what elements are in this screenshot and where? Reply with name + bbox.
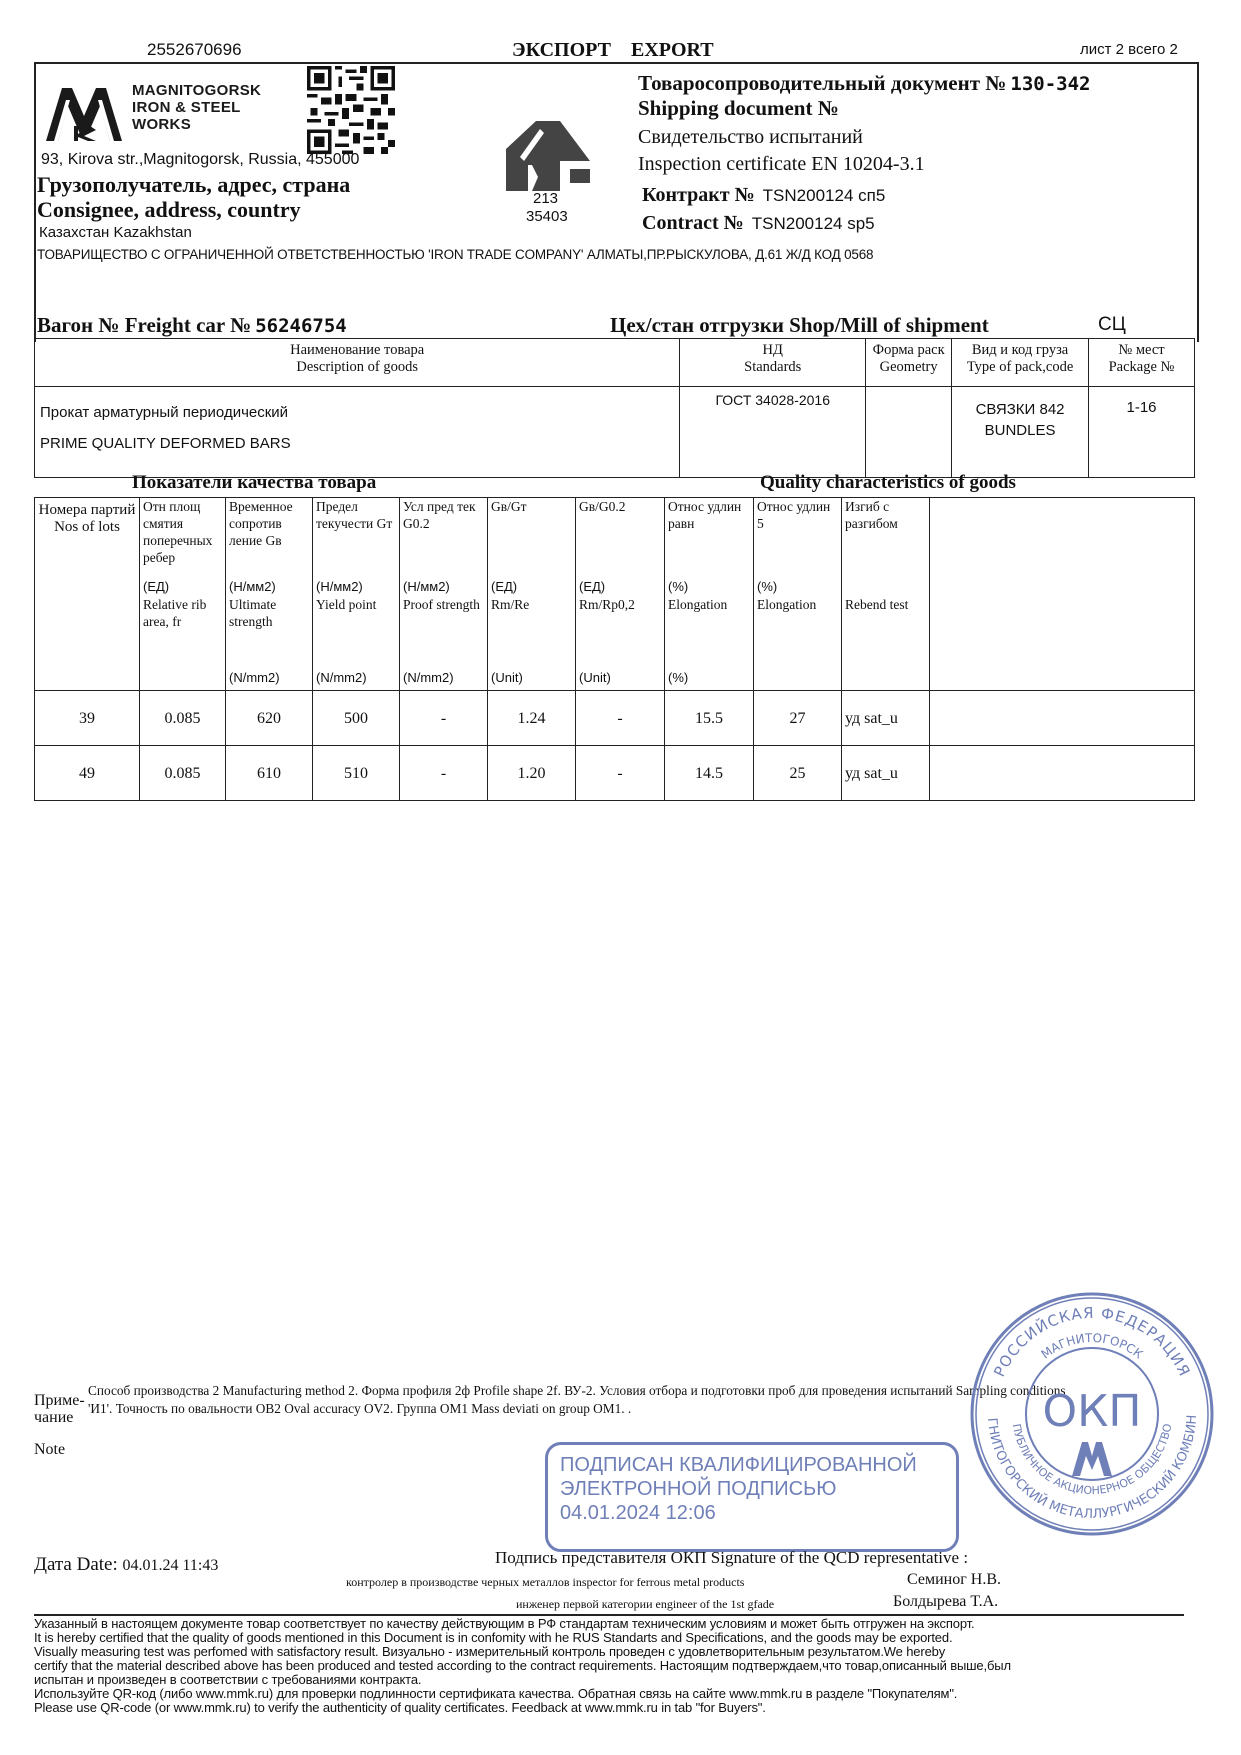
- quality-cell: 620: [226, 691, 313, 746]
- export-title: ЭКСПОРТEXPORT: [512, 39, 734, 62]
- esignature-date: 04.01.2024 12:06: [560, 1501, 944, 1525]
- inspection-certificate-en: Inspection certificate EN 10204-3.1: [638, 153, 925, 176]
- quality-header-col: Gв/Gт(ЕД)Rm/Re(Unit): [488, 498, 576, 691]
- okp-seal-icon: РОССИЙСКАЯ ФЕДЕРАЦИЯ МАГНИТОГОРСК МАГНИТ…: [968, 1290, 1216, 1538]
- goods-pack-ru: СВЯЗКИ 842: [952, 387, 1088, 418]
- document-id: 2552670696: [147, 40, 242, 60]
- shipping-document-en: Shipping document №: [638, 96, 839, 121]
- export-title-ru: ЭКСПОРТ: [512, 39, 611, 61]
- esignature-stamp: ПОДПИСАН КВАЛИФИЦИРОВАННОЙ ЭЛЕКТРОННОЙ П…: [545, 1442, 959, 1552]
- quality-header-col: Относ удлин 5(%)Elongation: [754, 498, 842, 691]
- goods-description-en: PRIME QUALITY DEFORMED BARS: [35, 421, 679, 452]
- column-label-ru: Отн площ смятия поперечных ребер: [143, 498, 222, 566]
- note-label-en: Note: [34, 1441, 65, 1459]
- esignature-line: ПОДПИСАН КВАЛИФИЦИРОВАННОЙ: [560, 1453, 944, 1477]
- goods-pack: СВЯЗКИ 842 BUNDLES: [952, 387, 1089, 478]
- signer-name-2: Болдырева Т.А.: [893, 1593, 998, 1611]
- column-label-en: Elongation: [757, 596, 839, 613]
- quality-cell: [930, 746, 1195, 801]
- footer-line: Указанный в настоящем документе товар со…: [34, 1617, 1204, 1631]
- table-row: Прокат арматурный периодический PRIME QU…: [35, 387, 1195, 478]
- column-unit-ru: (%): [757, 578, 777, 595]
- column-unit-ru: (Н/мм2): [229, 578, 276, 595]
- quality-cell: 39: [35, 691, 140, 746]
- footer-certification: Указанный в настоящем документе товар со…: [34, 1617, 1204, 1715]
- esignature-line: ЭЛЕКТРОННОЙ ПОДПИСЬЮ: [560, 1477, 944, 1501]
- quality-cell: 0.085: [140, 746, 226, 801]
- column-unit-en: (N/mm2): [403, 669, 454, 686]
- footer-line: Please use QR-code (or www.mmk.ru) to ve…: [34, 1701, 1204, 1715]
- quality-header-col: Предел текучести Gт(Н/мм2)Yield point(N/…: [313, 498, 400, 691]
- column-unit-ru: (ЕД): [491, 578, 517, 595]
- consignee-country: Казахстан Kazakhstan: [39, 224, 192, 241]
- consignee-label-ru: Грузополучатель, адрес, страна: [37, 172, 350, 198]
- export-title-en: EXPORT: [631, 39, 714, 61]
- shipping-document-number: 130-342: [1010, 73, 1090, 95]
- footer-line: Visually measuring test was perfomed wit…: [34, 1645, 1204, 1659]
- quality-header-col: Изгиб с разгибомRebend test: [842, 498, 930, 691]
- quality-header-col: Относ удлин равн(%)Elongation(%): [665, 498, 754, 691]
- quality-cell: 610: [226, 746, 313, 801]
- column-unit-ru: (Н/мм2): [316, 578, 363, 595]
- quality-cell: 25: [754, 746, 842, 801]
- header-pack-type: Вид и код грузаType of pack,code: [952, 339, 1089, 387]
- mill-label: Цех/стан отгрузки Shop/Mill of shipment: [610, 313, 989, 338]
- goods-description-ru: Прокат арматурный периодический: [35, 387, 679, 421]
- quality-cell: 0.085: [140, 691, 226, 746]
- column-label-ru: Изгиб с разгибом: [845, 498, 926, 532]
- header-geometry: Форма раскGeometry: [866, 339, 952, 387]
- footer-line: Используйте QR-код (либо www.mmk.ru) для…: [34, 1687, 1204, 1701]
- mark-code-1: 213: [533, 190, 558, 207]
- date-label: Дата Date:: [34, 1554, 118, 1575]
- signer-role-2: инженер первой категории engineer of the…: [516, 1597, 774, 1612]
- sender-address: 93, Kirova str.,Magnitogorsk, Russia, 45…: [41, 151, 359, 169]
- consignee-label-en: Consignee, address, country: [37, 197, 301, 223]
- quality-cell: 49: [35, 746, 140, 801]
- quality-header-col: Временное сопротив ление Gв(Н/мм2)Ultima…: [226, 498, 313, 691]
- freight-car-label: Вагон № Freight car №: [37, 313, 251, 337]
- quality-cell: -: [400, 691, 488, 746]
- column-label-ru: Относ удлин равн: [668, 498, 750, 532]
- shipping-document-ru: Товаросопроводительный документ №130-342: [638, 71, 1090, 96]
- quality-title-en: Quality characteristics of goods: [760, 472, 1016, 494]
- header-standards: НДStandards: [680, 339, 866, 387]
- header-description: Наименование товараDescription of goods: [35, 339, 680, 387]
- column-label-en: Ultimate strength: [229, 596, 310, 630]
- svg-text:ОКП: ОКП: [1043, 1386, 1142, 1437]
- mc-mark-icon: [506, 121, 590, 191]
- goods-table-header: Наименование товараDescription of goods …: [35, 339, 1195, 387]
- column-label-ru: Усл пред тек G0.2: [403, 498, 484, 532]
- column-label-en: Relative rib area, fr: [143, 596, 223, 630]
- goods-standard: ГОСТ 34028-2016: [680, 387, 866, 478]
- column-unit-en: (Unit): [579, 669, 611, 686]
- column-unit-ru: (Н/мм2): [403, 578, 450, 595]
- quality-cell: 1.20: [488, 746, 576, 801]
- goods-packages: 1-16: [1089, 387, 1195, 478]
- goods-pack-en: BUNDLES: [952, 418, 1088, 439]
- contract-en: Contract №TSN200124 sp5: [642, 212, 875, 235]
- quality-table-header: Номера партий Nos of lotsОтн площ смятия…: [35, 498, 1195, 691]
- column-unit-ru: (%): [668, 578, 688, 595]
- contract-ru-label: Контракт №: [642, 184, 755, 206]
- footer-line: certify that the material described abov…: [34, 1659, 1204, 1673]
- mill-value: СЦ: [1098, 314, 1126, 336]
- column-label-en: Elongation: [668, 596, 751, 613]
- column-label-ru: Временное сопротив ление Gв: [229, 498, 309, 549]
- freight-car: Вагон № Freight car №56246754: [37, 313, 347, 338]
- contract-ru-value: TSN200124 сп5: [763, 186, 886, 205]
- quality-cell: -: [576, 746, 665, 801]
- quality-cell: уд sat_u: [842, 691, 930, 746]
- column-label-ru: Номера партий Nos of lots: [38, 498, 136, 536]
- column-label-ru: Gв/G0.2: [579, 498, 661, 515]
- column-label-en: Rm/Rp0,2: [579, 596, 662, 613]
- company-name-line: IRON & STEEL: [132, 99, 261, 116]
- contract-ru: Контракт №TSN200124 сп5: [642, 184, 885, 207]
- date: Дата Date: 04.01.24 11:43: [34, 1554, 218, 1576]
- goods-description: Прокат арматурный периодический PRIME QU…: [35, 387, 680, 478]
- freight-car-number: 56246754: [255, 315, 347, 337]
- note-label-ru: Приме- чание: [34, 1392, 85, 1426]
- column-unit-ru: (ЕД): [143, 578, 169, 595]
- column-label-ru: Предел текучести Gт: [316, 498, 396, 532]
- column-label-en: Proof strength: [403, 596, 485, 613]
- contract-en-value: TSN200124 sp5: [752, 214, 875, 233]
- column-label-en: Yield point: [316, 596, 397, 613]
- column-label-ru: Относ удлин 5: [757, 498, 838, 532]
- svg-text:МАГНИТОГОРСК: МАГНИТОГОРСК: [1039, 1331, 1146, 1362]
- company-name-line: MAGNITOGORSK: [132, 82, 261, 99]
- column-unit-en: (N/mm2): [316, 669, 367, 686]
- signer-name-1: Семиног Н.В.: [907, 1571, 1001, 1589]
- column-label-ru: Gв/Gт: [491, 498, 572, 515]
- goods-geometry: [866, 387, 952, 478]
- quality-cell: 1.24: [488, 691, 576, 746]
- quality-header-col: Усл пред тек G0.2(Н/мм2)Proof strength(N…: [400, 498, 488, 691]
- qr-code-icon[interactable]: [306, 66, 396, 154]
- column-label-en: Rebend test: [845, 596, 927, 613]
- quality-header-col: Номера партий Nos of lots: [35, 498, 140, 691]
- sheet-info: лист 2 всего 2: [1080, 41, 1178, 58]
- quality-cell: -: [576, 691, 665, 746]
- quality-cell: 510: [313, 746, 400, 801]
- quality-cell: уд sat_u: [842, 746, 930, 801]
- column-unit-en: (Unit): [491, 669, 523, 686]
- signer-role-1: контролер в производстве черных металлов…: [346, 1575, 744, 1590]
- goods-table: Наименование товараDescription of goods …: [34, 338, 1195, 478]
- quality-cell: 15.5: [665, 691, 754, 746]
- quality-cell: 500: [313, 691, 400, 746]
- quality-cell: 27: [754, 691, 842, 746]
- quality-header-col: Отн площ смятия поперечных ребер(ЕД)Rela…: [140, 498, 226, 691]
- company-name: MAGNITOGORSK IRON & STEEL WORKS: [132, 82, 261, 133]
- column-unit-en: (%): [668, 669, 688, 686]
- quality-header-col: Gв/G0.2(ЕД)Rm/Rp0,2(Unit): [576, 498, 665, 691]
- mark-code-2: 35403: [526, 208, 568, 225]
- quality-title-ru: Показатели качества товара: [132, 472, 376, 494]
- company-name-line: WORKS: [132, 116, 261, 133]
- header-package-no: № местPackage №: [1089, 339, 1195, 387]
- inspection-certificate-ru: Свидетельство испытаний: [638, 126, 863, 149]
- footer-line: It is hereby certified that the quality …: [34, 1631, 1204, 1645]
- footer-line: испытан и произведен в соответствии с тр…: [34, 1673, 1204, 1687]
- quality-table: Номера партий Nos of lotsОтн площ смятия…: [34, 497, 1195, 801]
- date-value: 04.01.24 11:43: [123, 1557, 219, 1574]
- column-unit-ru: (ЕД): [579, 578, 605, 595]
- table-row: 490.085610510-1.20-14.525уд sat_u: [35, 746, 1195, 801]
- signature-title: Подпись представителя ОКП Signature of t…: [495, 1548, 968, 1568]
- column-label-en: Rm/Re: [491, 596, 573, 613]
- column-unit-en: (N/mm2): [229, 669, 280, 686]
- consignee-company: ТОВАРИЩЕСТВО С ОГРАНИЧЕННОЙ ОТВЕТСТВЕННО…: [37, 247, 873, 262]
- quality-header-col: [930, 498, 1195, 691]
- mmk-logo-icon: [44, 86, 124, 142]
- quality-cell: 14.5: [665, 746, 754, 801]
- contract-en-label: Contract №: [642, 212, 744, 234]
- shipping-document-label: Товаросопроводительный документ №: [638, 71, 1006, 95]
- quality-cell: -: [400, 746, 488, 801]
- quality-cell: [930, 691, 1195, 746]
- table-row: 390.085620500-1.24-15.527уд sat_u: [35, 691, 1195, 746]
